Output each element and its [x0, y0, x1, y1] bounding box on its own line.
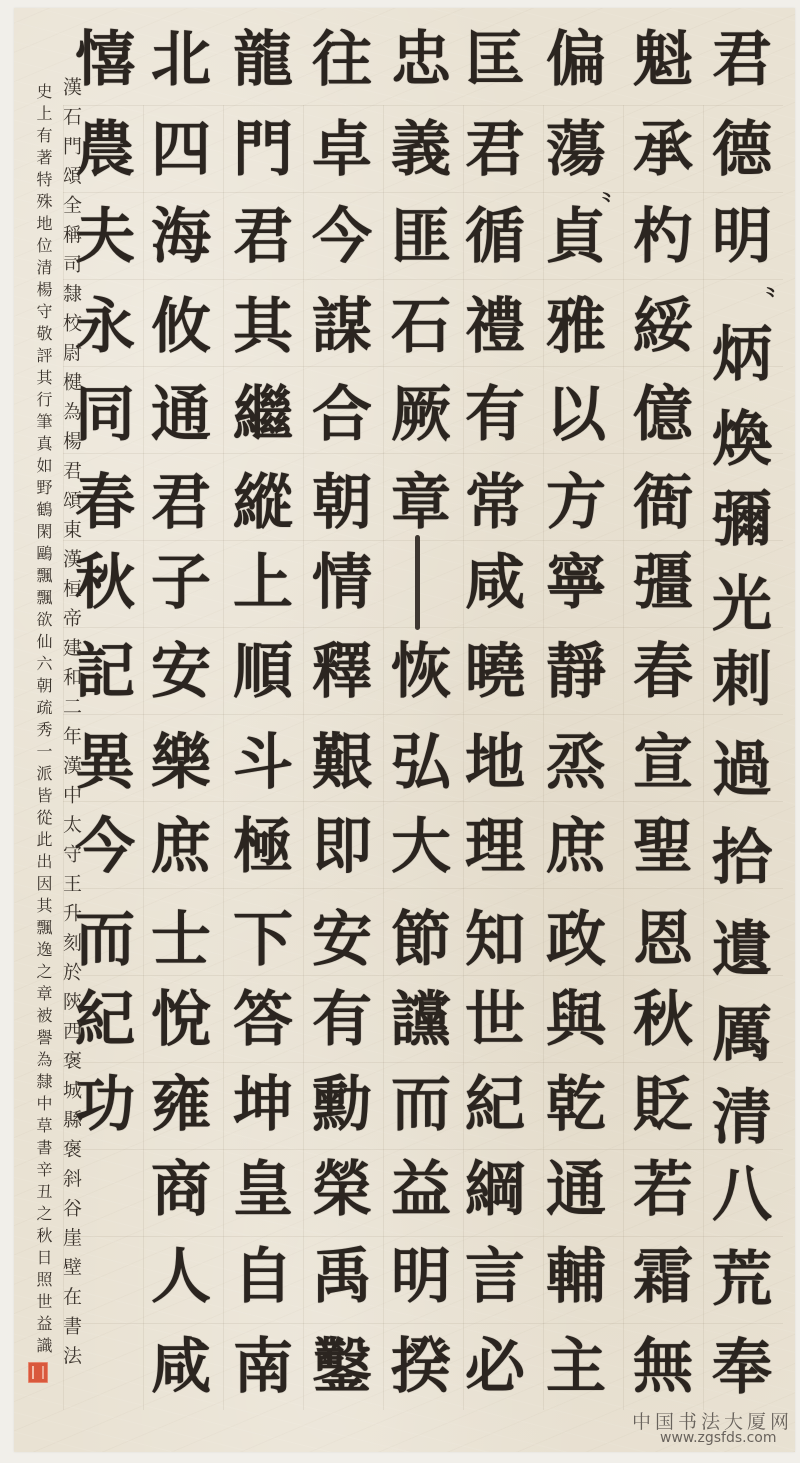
calligraphy-character: 匡 — [455, 27, 535, 93]
calligraphy-character: 若 — [623, 1157, 703, 1223]
calligraphy-character: 攸 — [141, 294, 221, 360]
calligraphy-character: 雍 — [141, 1072, 221, 1138]
calligraphy-character: 情 — [302, 550, 382, 616]
calligraphy-character: 綏 — [623, 294, 703, 360]
calligraphy-character: 君 — [141, 470, 221, 536]
calligraphy-character: 人 — [141, 1244, 221, 1310]
text-column-6: 往 卓 今 謀 合 朝 情 釋 艱 即 安 有 勳 榮 禹 鑿 — [302, 0, 382, 1463]
calligraphy-character: 方 — [536, 470, 616, 536]
calligraphy-character: 億 — [623, 382, 703, 448]
calligraphy-character: 霜 — [623, 1244, 703, 1310]
calligraphy-character: 八 — [702, 1162, 782, 1228]
calligraphy-character: 綱 — [455, 1157, 535, 1223]
calligraphy-character: 明 — [381, 1244, 461, 1310]
calligraphy-character: 安 — [141, 639, 221, 705]
calligraphy-character: 今 — [302, 204, 382, 270]
calligraphy-character: 明 — [702, 204, 782, 270]
calligraphy-character: 秋 — [623, 987, 703, 1053]
text-column-5: 忠 義 匪 石 厥 章 恢 弘 大 節 讜 而 益 明 揆 — [381, 0, 461, 1463]
calligraphy-character: 通 — [536, 1157, 616, 1223]
calligraphy-character: 禹 — [302, 1244, 382, 1310]
calligraphy-character: 而 — [381, 1072, 461, 1138]
calligraphy-character: 揆 — [381, 1334, 461, 1400]
calligraphy-character: 與 — [536, 987, 616, 1053]
calligraphy-character: 讜 — [381, 987, 461, 1053]
calligraphy-character: 厲 — [702, 1002, 782, 1068]
repetition-mark: ⺀ — [760, 285, 782, 307]
calligraphy-character: 咸 — [455, 550, 535, 616]
calligraphy-character: 上 — [223, 550, 303, 616]
calligraphy-character: 煥 — [702, 407, 782, 473]
calligraphy-character: 極 — [223, 814, 303, 880]
text-column-1: 君 德 明 ⺀ 炳 煥 彌 光 刺 過 拾 遺 厲 清 八 荒 奉 — [702, 0, 782, 1463]
inscription-column-left: 史上有著特殊地位清楊守敬評其行筆真如野鶴閑鷗飄飄欲仙六朝疏秀一派皆從此出因其飄逸… — [32, 83, 55, 1359]
calligraphy-character: 言 — [455, 1244, 535, 1310]
calligraphy-character: 主 — [536, 1334, 616, 1400]
calligraphy-character: 常 — [455, 470, 535, 536]
calligraphy-character: 往 — [302, 27, 382, 93]
calligraphy-character: 忠 — [381, 27, 461, 93]
calligraphy-character: 合 — [302, 382, 382, 448]
calligraphy-character: 刺 — [702, 647, 782, 713]
calligraphy-character: 恩 — [623, 907, 703, 973]
text-column-4: 匡 君 循 禮 有 常 咸 曉 地 理 知 世 紀 綱 言 必 — [455, 0, 535, 1463]
calligraphy-character: 清 — [702, 1085, 782, 1151]
calligraphy-character: 過 — [702, 737, 782, 803]
calligraphy-character: 四 — [141, 117, 221, 183]
calligraphy-character: 庶 — [536, 814, 616, 880]
calligraphy-character: 知 — [455, 907, 535, 973]
calligraphy-character: 鑿 — [302, 1334, 382, 1400]
calligraphy-character: 春 — [623, 639, 703, 705]
calligraphy-character: 榮 — [302, 1157, 382, 1223]
calligraphy-character: 其 — [223, 294, 303, 360]
calligraphy-character: 海 — [141, 204, 221, 270]
calligraphy-character: 禮 — [455, 294, 535, 360]
calligraphy-character: 曉 — [455, 639, 535, 705]
calligraphy-character: 寧 — [536, 550, 616, 616]
calligraphy-character: 君 — [702, 27, 782, 93]
calligraphy-character: 炳 — [702, 322, 782, 388]
calligraphy-character: 世 — [455, 987, 535, 1053]
calligraphy-character: 理 — [455, 814, 535, 880]
calligraphy-character: 杓 — [623, 204, 703, 270]
calligraphy-character: 恢 — [381, 639, 461, 705]
calligraphy-character: 自 — [223, 1244, 303, 1310]
calligraphy-character: 荒 — [702, 1247, 782, 1313]
calligraphy-character: 石 — [381, 294, 461, 360]
calligraphy-character: 乾 — [536, 1072, 616, 1138]
calligraphy-character: 德 — [702, 117, 782, 183]
calligraphy-character: 釋 — [302, 639, 382, 705]
calligraphy-character: 商 — [141, 1157, 221, 1223]
calligraphy-character: 蕩 — [536, 117, 616, 183]
calligraphy-character: 章 — [381, 470, 461, 536]
calligraphy-character: 政 — [536, 907, 616, 973]
calligraphy-character: 彊 — [623, 550, 703, 616]
calligraphy-character: 坤 — [223, 1072, 303, 1138]
calligraphy-character: 地 — [455, 730, 535, 796]
calligraphy-character: 即 — [302, 814, 382, 880]
seal-glyph-icon — [32, 1366, 44, 1379]
text-column-8: 北 四 海 攸 通 君 子 安 樂 庶 士 悅 雍 商 人 咸 — [141, 0, 221, 1463]
calligraphy-character: 艱 — [302, 730, 382, 796]
extended-brush-stroke — [415, 535, 420, 630]
calligraphy-character: 貞 — [536, 204, 616, 270]
calligraphy-character: 卓 — [302, 117, 382, 183]
calligraphy-character: 貶 — [623, 1072, 703, 1138]
calligraphy-character: 必 — [455, 1334, 535, 1400]
text-column-2: 魁 承 杓 綏 億 衙 彊 春 宣 聖 恩 秋 貶 若 霜 無 — [623, 0, 703, 1463]
calligraphy-character: 君 — [223, 204, 303, 270]
calligraphy-character: 承 — [623, 117, 703, 183]
calligraphy-character: 咸 — [141, 1334, 221, 1400]
calligraphy-character: 循 — [455, 204, 535, 270]
calligraphy-character: 門 — [223, 117, 303, 183]
red-seal-stamp — [28, 1362, 48, 1383]
calligraphy-character: 靜 — [536, 639, 616, 705]
calligraphy-character: 答 — [223, 987, 303, 1053]
calligraphy-character: 下 — [223, 907, 303, 973]
calligraphy-character: 輔 — [536, 1244, 616, 1310]
calligraphy-character: 義 — [381, 117, 461, 183]
calligraphy-character: 大 — [381, 814, 461, 880]
calligraphy-character: 衙 — [623, 470, 703, 536]
calligraphy-character: 勳 — [302, 1072, 382, 1138]
calligraphy-character: 匪 — [381, 204, 461, 270]
calligraphy-character: 悅 — [141, 987, 221, 1053]
calligraphy-character: 北 — [141, 27, 221, 93]
calligraphy-character: 光 — [702, 572, 782, 638]
calligraphy-character: 朝 — [302, 470, 382, 536]
inscription-column-right: 漢石門頌全稱司隸校尉楗為楊君頌東漢桓帝建和二年漢中太守王升刻於陝西褒城縣褒斜谷崖… — [58, 77, 85, 1375]
watermark-url: www.zgsfds.com — [660, 1430, 777, 1446]
calligraphy-character: 遺 — [702, 917, 782, 983]
calligraphy-character: 弘 — [381, 730, 461, 796]
calligraphy-character: 君 — [455, 117, 535, 183]
calligraphy-character: 聖 — [623, 814, 703, 880]
calligraphy-character: 節 — [381, 907, 461, 973]
calligraphy-character: 皇 — [223, 1157, 303, 1223]
calligraphy-character: 有 — [455, 382, 535, 448]
calligraphy-character: 龍 — [223, 27, 303, 93]
calligraphy-character: 魁 — [623, 27, 703, 93]
calligraphy-character: 益 — [381, 1157, 461, 1223]
calligraphy-character: 縱 — [223, 470, 303, 536]
calligraphy-character: 南 — [223, 1334, 303, 1400]
calligraphy-character: 彌 — [702, 487, 782, 553]
calligraphy-character: 樂 — [141, 730, 221, 796]
calligraphy-character: 偏 — [536, 27, 616, 93]
calligraphy-character: 順 — [223, 639, 303, 705]
calligraphy-character: 厥 — [381, 382, 461, 448]
calligraphy-character: 以 — [536, 382, 616, 448]
calligraphy-character: 雅 — [536, 294, 616, 360]
calligraphy-character: 斗 — [223, 730, 303, 796]
calligraphy-character: 士 — [141, 907, 221, 973]
calligraphy-character: 庶 — [141, 814, 221, 880]
calligraphy-character: 拾 — [702, 825, 782, 891]
calligraphy-character: 宣 — [623, 730, 703, 796]
calligraphy-character: 通 — [141, 382, 221, 448]
calligraphy-character: 烝 — [536, 730, 616, 796]
calligraphy-character: 謀 — [302, 294, 382, 360]
calligraphy-character: 無 — [623, 1334, 703, 1400]
calligraphy-character: 奉 — [702, 1335, 782, 1401]
calligraphy-character: 繼 — [223, 382, 303, 448]
calligraphy-character: 有 — [302, 987, 382, 1053]
calligraphy-character: 安 — [302, 907, 382, 973]
text-column-3: 偏 蕩 ⺀ 貞 雅 以 方 寧 靜 烝 庶 政 與 乾 通 輔 主 — [536, 0, 616, 1463]
calligraphy-character: 紀 — [455, 1072, 535, 1138]
calligraphy-character: 子 — [141, 550, 221, 616]
text-column-7: 龍 門 君 其 繼 縱 上 順 斗 極 下 答 坤 皇 自 南 — [223, 0, 303, 1463]
